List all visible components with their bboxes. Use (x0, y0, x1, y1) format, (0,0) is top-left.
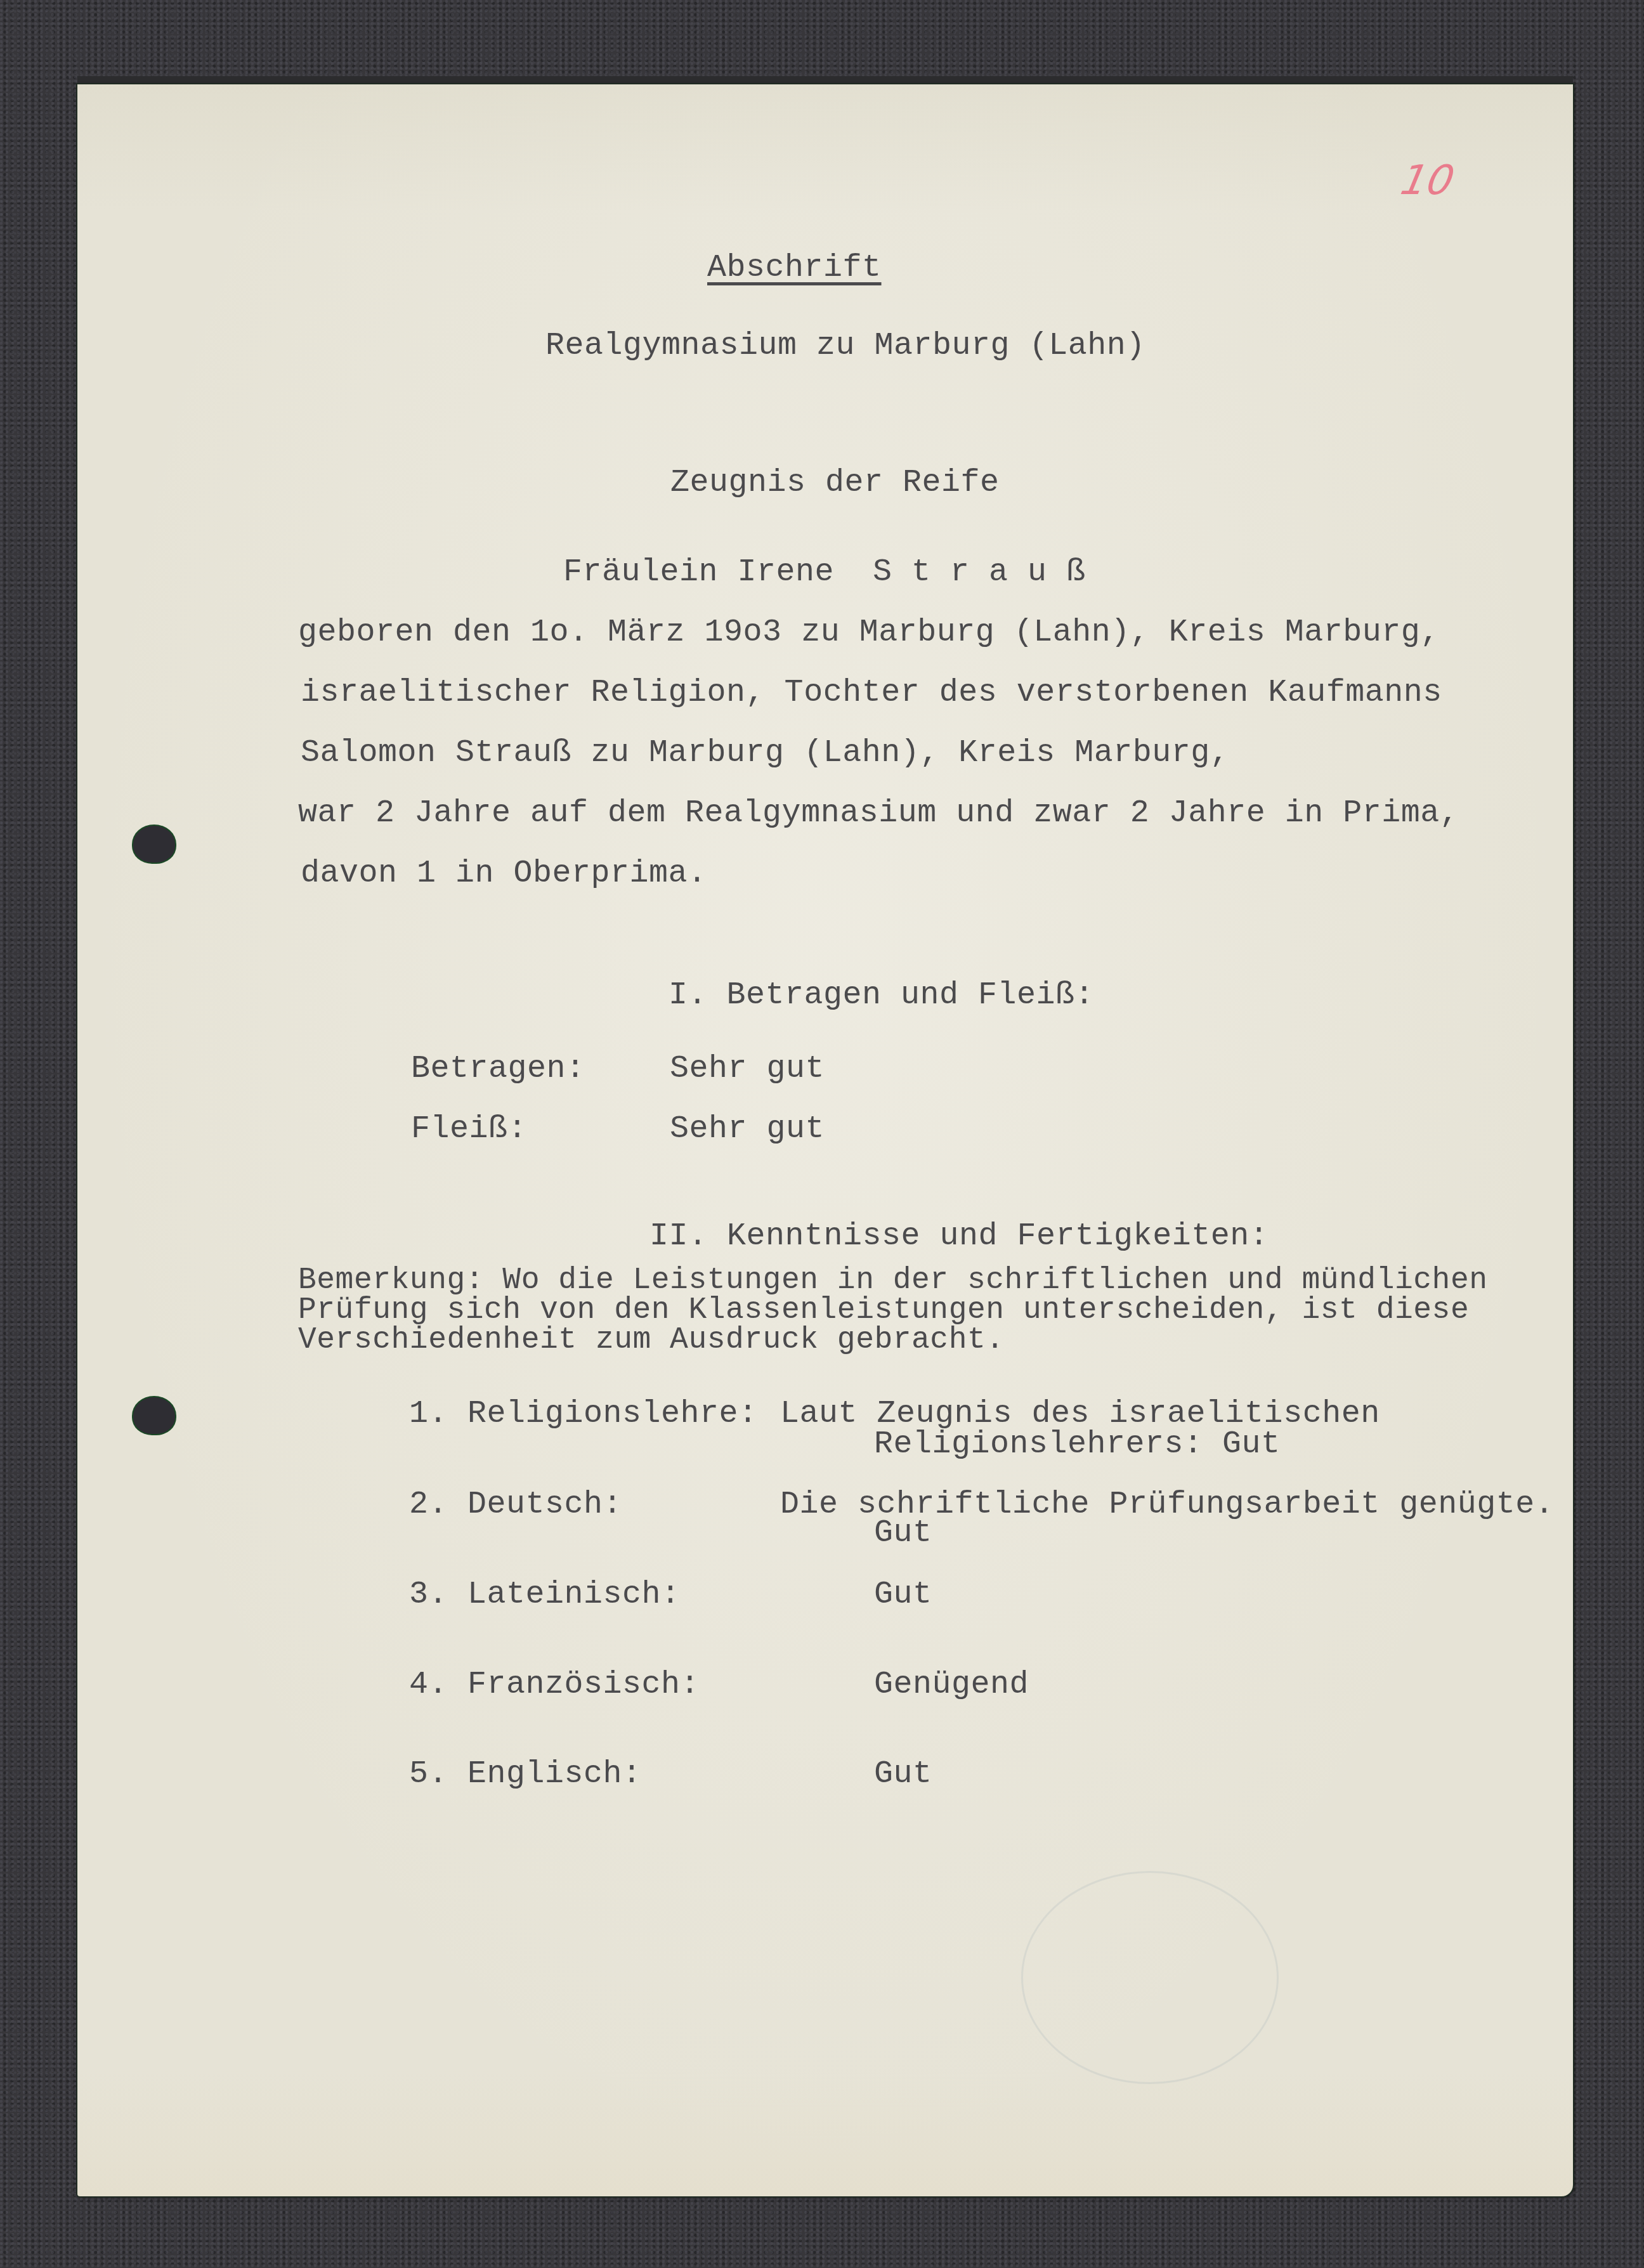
faint-stamp-showthrough (1021, 1871, 1279, 2084)
remark-line: Bemerkung: Wo die Leistungen in der schr… (298, 1265, 1488, 1296)
subject-grade: Gut (874, 1759, 932, 1790)
remark-line: Prüfung sich von den Klassenleistungen u… (298, 1295, 1469, 1326)
section-heading-conduct: I. Betragen und Fleiß: (669, 980, 1094, 1012)
punch-hole-lower (133, 1397, 175, 1434)
conduct-label: Betragen: (411, 1053, 585, 1085)
subject-name: Lateinisch: (467, 1579, 681, 1611)
folio-number: 10 (1397, 157, 1458, 204)
punch-hole-upper (133, 826, 175, 863)
subject-number: 3. (409, 1579, 448, 1611)
document-heading: Abschrift (707, 252, 882, 284)
intro-line: war 2 Jahre auf dem Realgymnasium und zw… (298, 798, 1459, 830)
intro-line: davon 1 in Oberprima. (301, 858, 707, 890)
subject-number: 1. (409, 1398, 448, 1430)
intro-line: geboren den 1o. März 19o3 zu Marburg (La… (298, 617, 1440, 649)
subject-name: Religionslehre: (467, 1398, 758, 1430)
subject-number: 4. (409, 1669, 448, 1701)
diligence-value: Sehr gut (670, 1114, 825, 1145)
subject-name: Französisch: (467, 1669, 700, 1701)
intro-line: Salomon Strauß zu Marburg (Lahn), Kreis … (301, 738, 1229, 769)
conduct-value: Sehr gut (670, 1053, 825, 1085)
remark-line: Verschiedenheit zum Ausdruck gebracht. (298, 1325, 1005, 1355)
section-heading-knowledge: II. Kenntnisse und Fertigkeiten: (649, 1221, 1269, 1253)
intro-line: israelitischer Religion, Tochter des ver… (301, 677, 1442, 709)
school-name: Realgymnasium zu Marburg (Lahn) (545, 330, 1145, 362)
subject-grade-line2: Religionslehrers: Gut (874, 1429, 1281, 1461)
subject-number: 5. (409, 1759, 448, 1790)
subject-grade: Gut (874, 1579, 932, 1611)
paper-top-edge (77, 76, 1573, 85)
subject-name: Englisch: (467, 1759, 642, 1790)
document-page (77, 84, 1573, 2196)
candidate-name: Fräulein Irene S t r a u ß (563, 557, 1086, 589)
diligence-label: Fleiß: (411, 1114, 527, 1145)
subject-grade-line1: Laut Zeugnis des israelitischen (780, 1398, 1380, 1430)
subject-grade: Genügend (874, 1669, 1029, 1701)
subject-grade-line2: Gut (874, 1518, 932, 1549)
subject-number: 2. (409, 1489, 448, 1521)
certificate-title: Zeugnis der Reife (670, 467, 1000, 499)
subject-name: Deutsch: (467, 1489, 622, 1521)
